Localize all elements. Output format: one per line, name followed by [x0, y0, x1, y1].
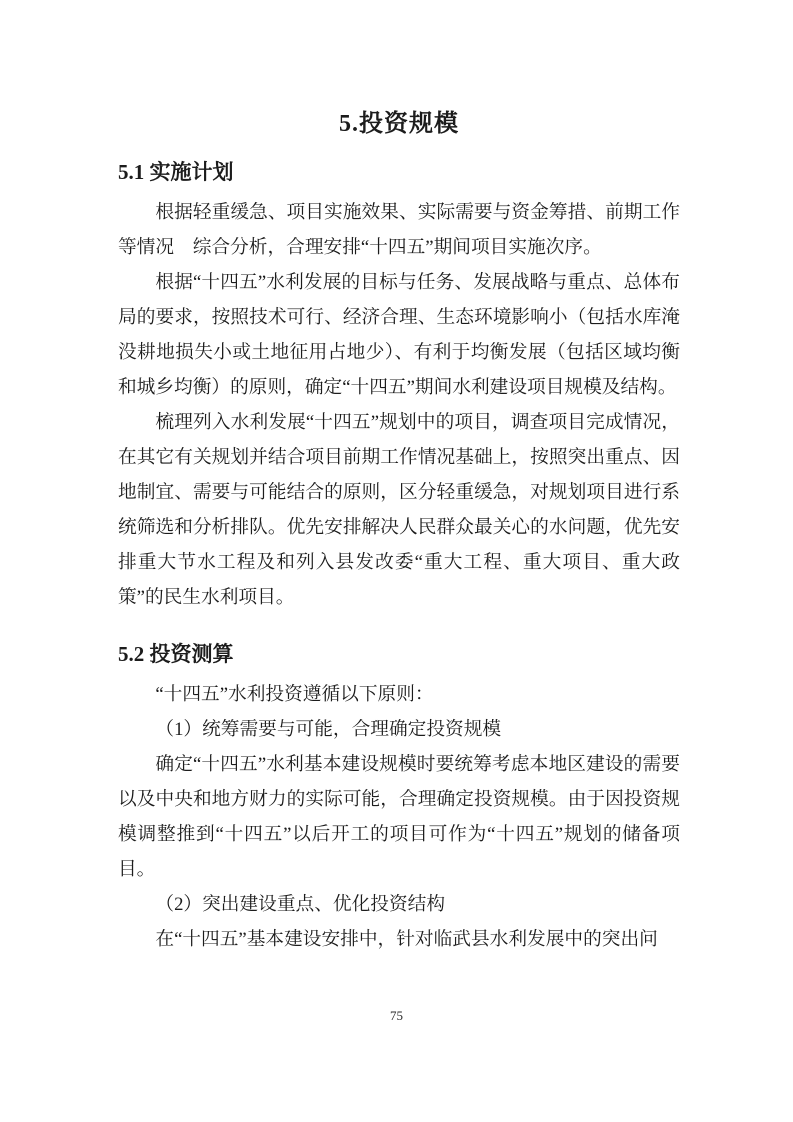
paragraph-5-1-3: 梳理列入水利发展“十四五”规划中的项目，调查项目完成情况，在其它有关规划并结合项… [118, 405, 680, 615]
paragraph-5-2-5: 在“十四五”基本建设安排中，针对临武县水利发展中的突出问 [118, 922, 680, 957]
paragraph-5-1-2: 根据“十四五”水利发展的目标与任务、发展战略与重点、总体布局的要求，按照技术可行… [118, 265, 680, 405]
page-title: 5.投资规模 [118, 0, 680, 140]
document-page: 5.投资规模 5.1 实施计划 根据轻重缓急、项目实施效果、实际需要与资金筹措、… [0, 0, 793, 1122]
page-number: 75 [0, 1008, 793, 1024]
paragraph-5-1-1: 根据轻重缓急、项目实施效果、实际需要与资金筹措、前期工作等情况 综合分析，合理安… [118, 195, 680, 265]
paragraph-5-2-2: （1）统筹需要与可能，合理确定投资规模 [118, 712, 680, 747]
paragraph-5-2-1: “十四五”水利投资遵循以下原则： [118, 677, 680, 712]
section-heading-5-2: 5.2 投资测算 [118, 639, 680, 669]
document-content: 5.投资规模 5.1 实施计划 根据轻重缓急、项目实施效果、实际需要与资金筹措、… [118, 0, 680, 957]
paragraph-5-2-3: 确定“十四五”水利基本建设规模时要统筹考虑本地区建设的需要以及中央和地方财力的实… [118, 747, 680, 887]
paragraph-5-2-4: （2）突出建设重点、优化投资结构 [118, 887, 680, 922]
section-heading-5-1: 5.1 实施计划 [118, 157, 680, 187]
